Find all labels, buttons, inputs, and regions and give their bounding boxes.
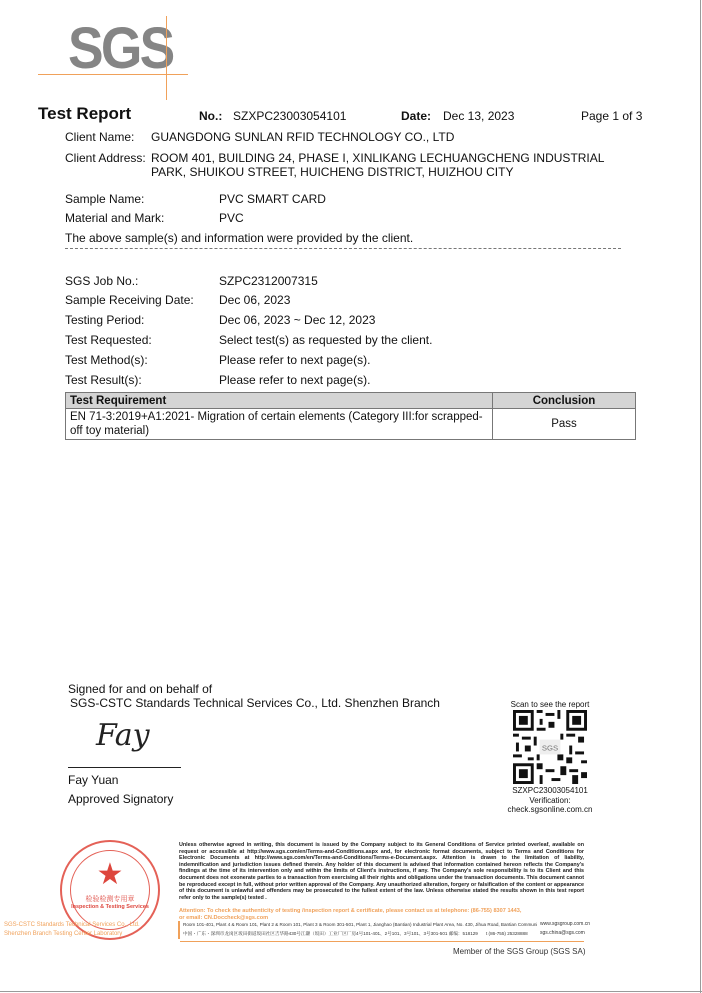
testing-period-label: Testing Period: [65,313,144,327]
column-header: Test Requirement [66,393,493,409]
qr-report-code: SZXPC23003054101 [495,786,605,795]
logo-accent-line [166,16,167,100]
qr-center-label: SGS [542,744,558,753]
testing-period-value: Dec 06, 2023 ~ Dec 12, 2023 [219,313,375,327]
test-result-label: Test Result(s): [65,373,142,387]
table-row: EN 71-3:2019+A1:2021- Migration of certa… [66,409,636,440]
client-address-line2: PARK, SHUIKOU STREET, HUICHENG DISTRICT,… [151,165,513,179]
lab-name-line2: Shenzhen Branch Testing Center Laborator… [4,931,122,937]
legal-disclaimer: Unless otherwise agreed in writing, this… [179,842,584,901]
test-method-label: Test Method(s): [65,353,148,367]
test-requirement-table: Test Requirement Conclusion EN 71-3:2019… [65,392,636,440]
test-method-value: Please refer to next page(s). [219,353,370,367]
lab-name-line1: SGS-CSTC Standards Technical Services Co… [4,922,140,928]
footer-website[interactable]: www.sgsgroup.com.cn [540,921,590,927]
report-title: Test Report [38,104,131,124]
report-date-label: Date: [401,109,431,123]
requirement-cell: EN 71-3:2019+A1:2021- Migration of certa… [66,409,493,440]
footer-divider [180,941,584,942]
qr-caption: Scan to see the report [495,700,605,709]
attention-email[interactable]: or email: CN.Doccheck@sgs.com [179,915,599,922]
signatory-name: Fay Yuan [68,773,118,787]
receiving-date-label: Sample Receiving Date: [65,293,194,307]
page-border [0,991,702,992]
signatory-role: Approved Signatory [68,792,173,806]
test-requested-value: Select test(s) as requested by the clien… [219,333,432,347]
table-header-row: Test Requirement Conclusion [66,393,636,409]
column-header: Conclusion [493,393,636,409]
client-name-label: Client Name: [65,130,134,144]
qr-verification-url[interactable]: check.sgsonline.com.cn [495,805,605,814]
report-date-value: Dec 13, 2023 [443,109,514,123]
qr-verification-label: Verification: [495,796,605,805]
sgs-logo: SGS [38,14,188,86]
test-result-value: Please refer to next page(s). [219,373,370,387]
footer-email[interactable]: sgs.china@sgs.com [540,930,585,936]
page-number: Page 1 of 3 [581,109,642,123]
sample-note: The above sample(s) and information were… [65,231,413,245]
attention-notice: Attention: To check the authenticity of … [179,908,599,921]
test-requested-label: Test Requested: [65,333,152,347]
report-no-value: SZXPC23003054101 [233,109,346,123]
sample-name-label: Sample Name: [65,192,144,206]
handwritten-signature: Fay [96,718,150,753]
signing-company: SGS-CSTC Standards Technical Services Co… [70,696,440,710]
material-label: Material and Mark: [65,211,164,225]
report-no-label: No.: [199,109,222,123]
job-value: SZPC2312007315 [219,274,318,288]
client-name-value: GUANGDONG SUNLAN RFID TECHNOLOGY CO., LT… [151,130,454,144]
stamp-cn-text: 检验检测专用章 [62,894,158,904]
receiving-date-value: Dec 06, 2023 [219,293,290,307]
client-address-line1: ROOM 401, BUILDING 24, PHASE I, XINLIKAN… [151,151,604,165]
material-value: PVC [219,211,244,225]
address-accent-bar [178,921,180,939]
star-icon: ★ [62,860,158,890]
signature-line [68,767,181,768]
client-address-label: Client Address: [65,151,146,165]
sgs-member-note: Member of the SGS Group (SGS SA) [453,947,586,956]
address-english: Room 101-401, Plant 4 & Room 101, Plant … [183,922,537,927]
stamp-en-text: Inspection & Testing Services [62,904,158,910]
qr-code-icon[interactable]: SGS [513,710,587,784]
page-border [700,0,701,993]
job-label: SGS Job No.: [65,274,138,288]
address-chinese: 中国・广东・深圳市龙岗区坂田街道坂田社区吉华路430号江灏（坂田）工业厂区厂房4… [183,931,483,937]
section-divider [65,248,621,249]
sample-name-value: PVC SMART CARD [219,192,326,206]
footer-phone: t (86-755) 25328888 [486,931,528,936]
conclusion-cell: Pass [493,409,636,440]
attention-line1: Attention: To check the authenticity of … [179,908,599,915]
signed-on-behalf-text: Signed for and on behalf of [68,682,212,696]
